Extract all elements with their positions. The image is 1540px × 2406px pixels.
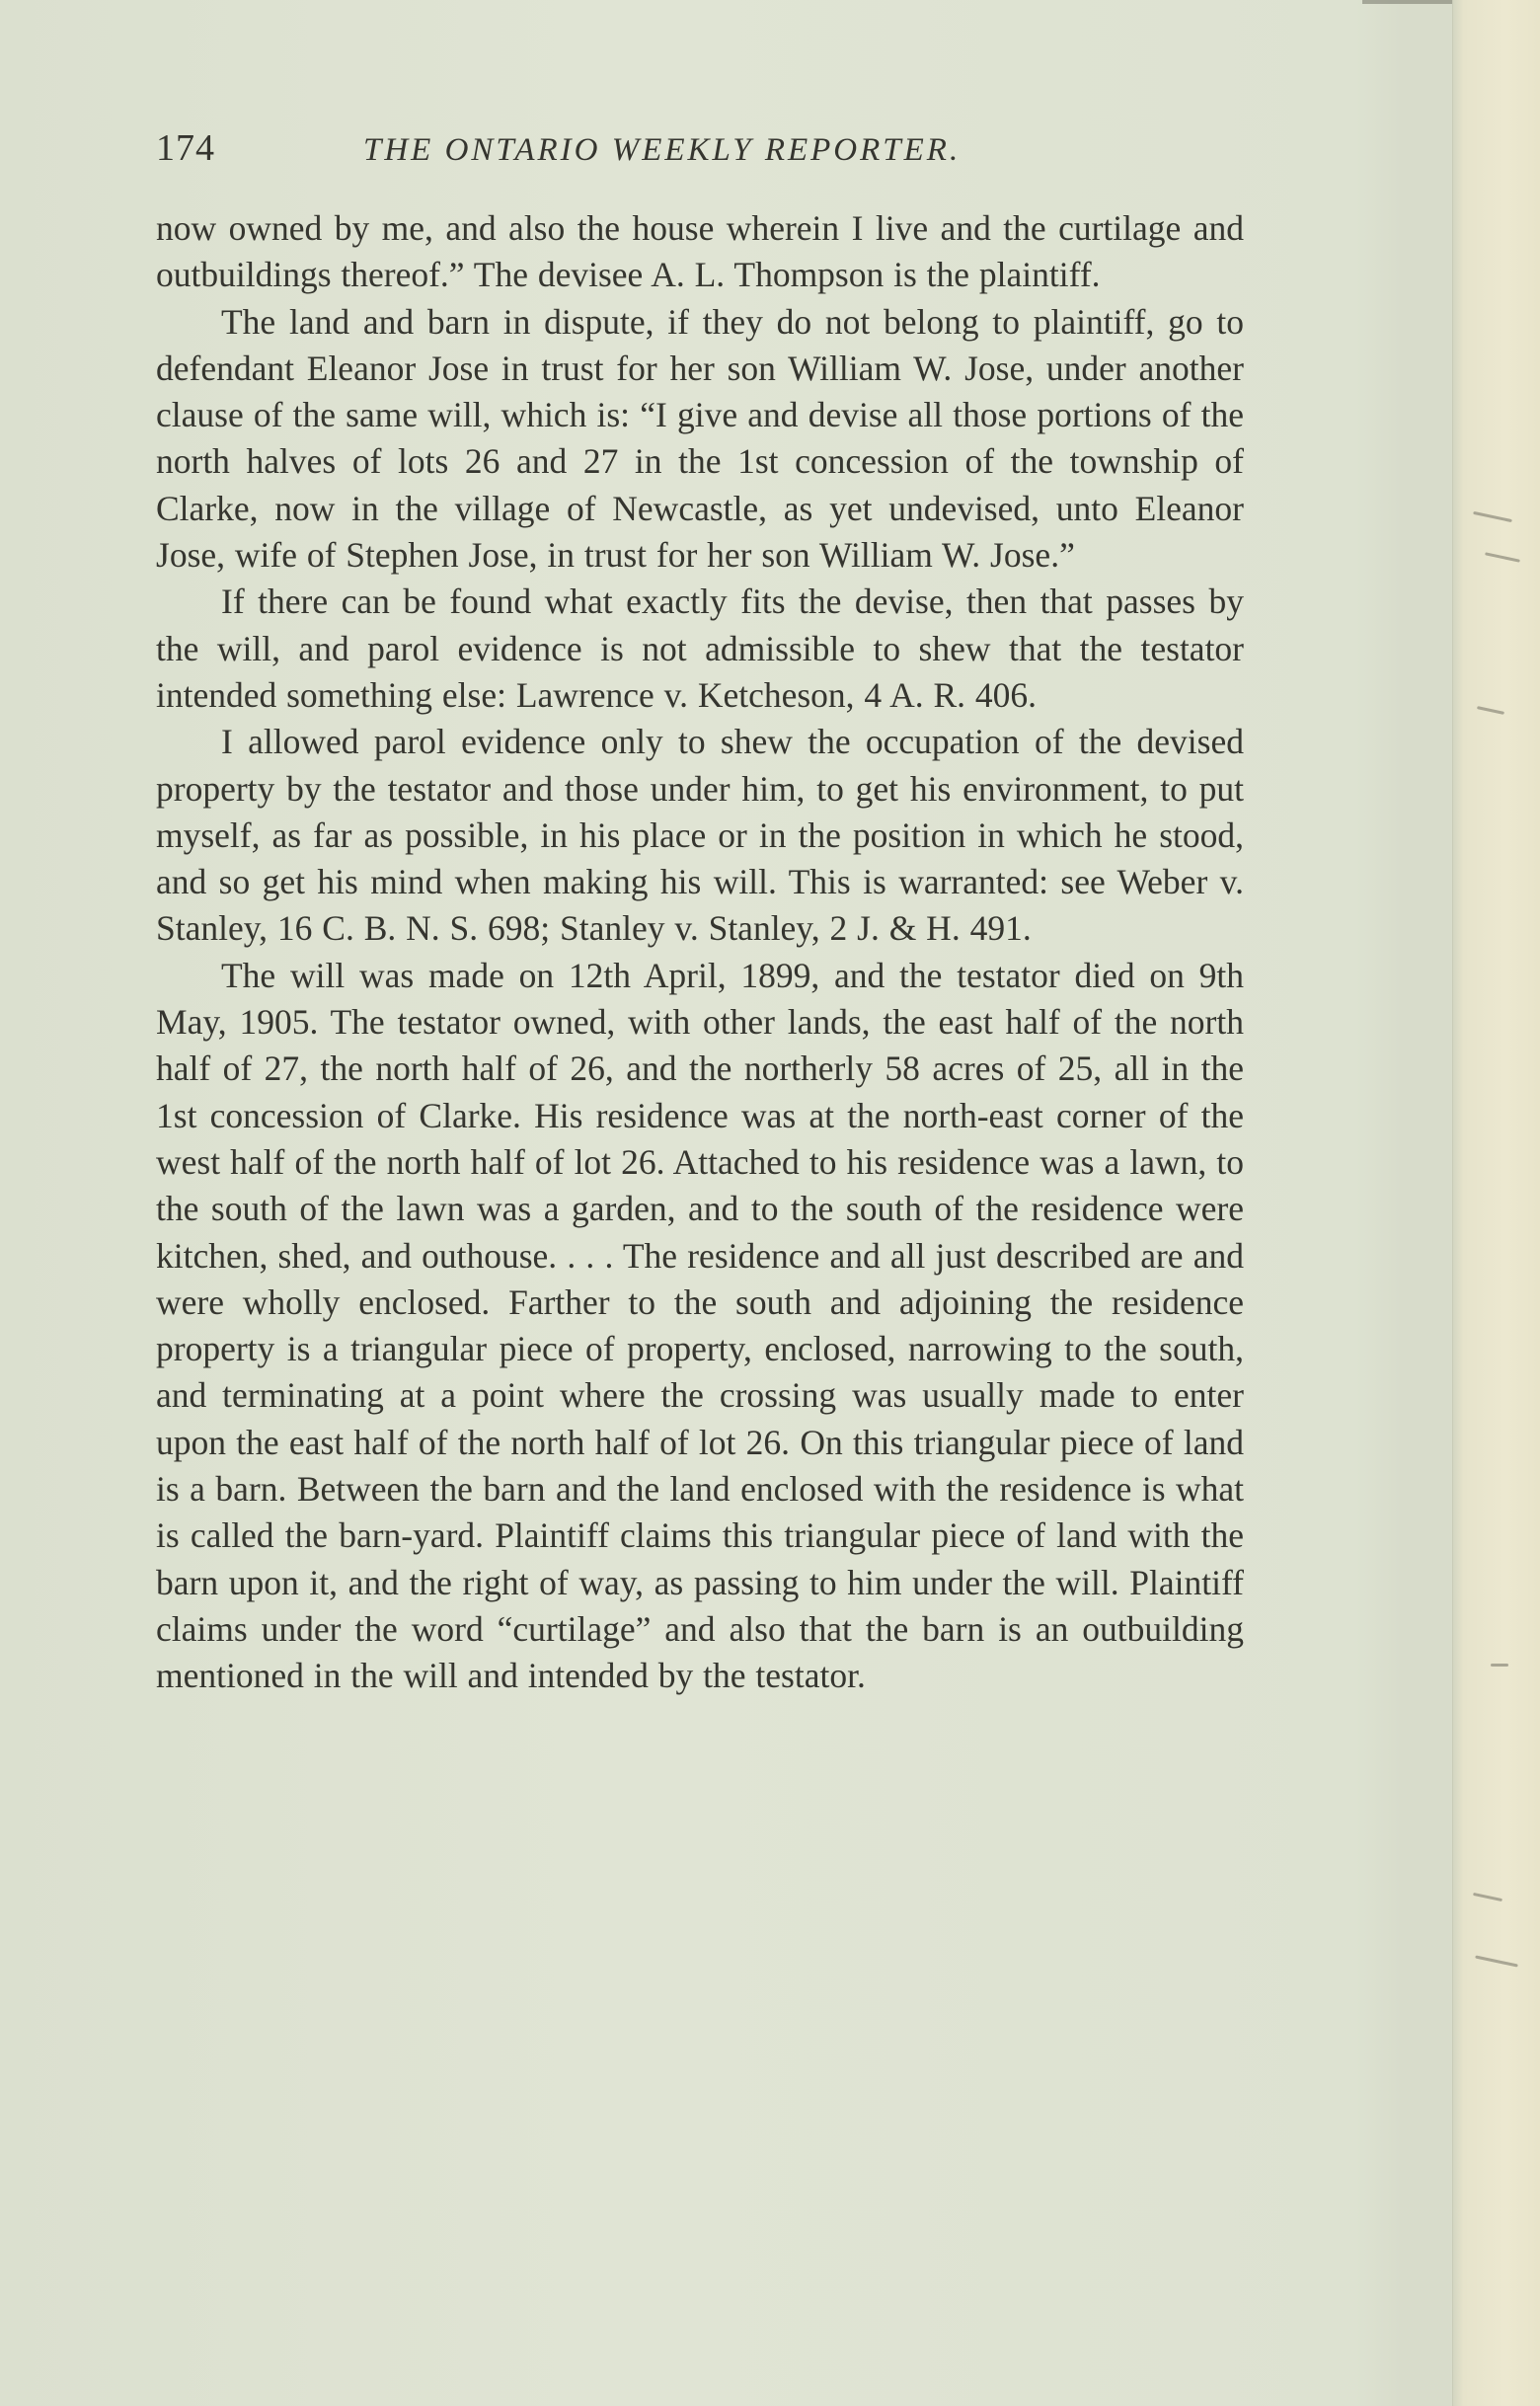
edge-mark: [1475, 1955, 1518, 1967]
edge-mark: [1491, 1664, 1508, 1667]
edge-mark: [1473, 1893, 1502, 1902]
edge-mark: [1485, 552, 1520, 562]
edge-mark: [1477, 706, 1504, 715]
paragraph: now owned by me, and also the house wher…: [156, 205, 1244, 299]
page-edge-strip: [1452, 0, 1540, 2406]
running-head: THE ONTARIO WEEKLY REPORTER.: [363, 132, 961, 169]
edge-mark: [1473, 511, 1512, 522]
page-number: 174: [156, 126, 215, 170]
scanned-page: 174 THE ONTARIO WEEKLY REPORTER. now own…: [0, 0, 1540, 2406]
paragraph: If there can be found what exactly fits …: [156, 579, 1244, 719]
page-header: 174 THE ONTARIO WEEKLY REPORTER.: [156, 126, 1242, 176]
body-text: now owned by me, and also the house wher…: [156, 205, 1244, 1700]
paragraph: The will was made on 12th April, 1899, a…: [156, 953, 1244, 1700]
paragraph: The land and barn in dispute, if they do…: [156, 299, 1244, 580]
paragraph: I allowed parol evidence only to shew th…: [156, 719, 1244, 952]
